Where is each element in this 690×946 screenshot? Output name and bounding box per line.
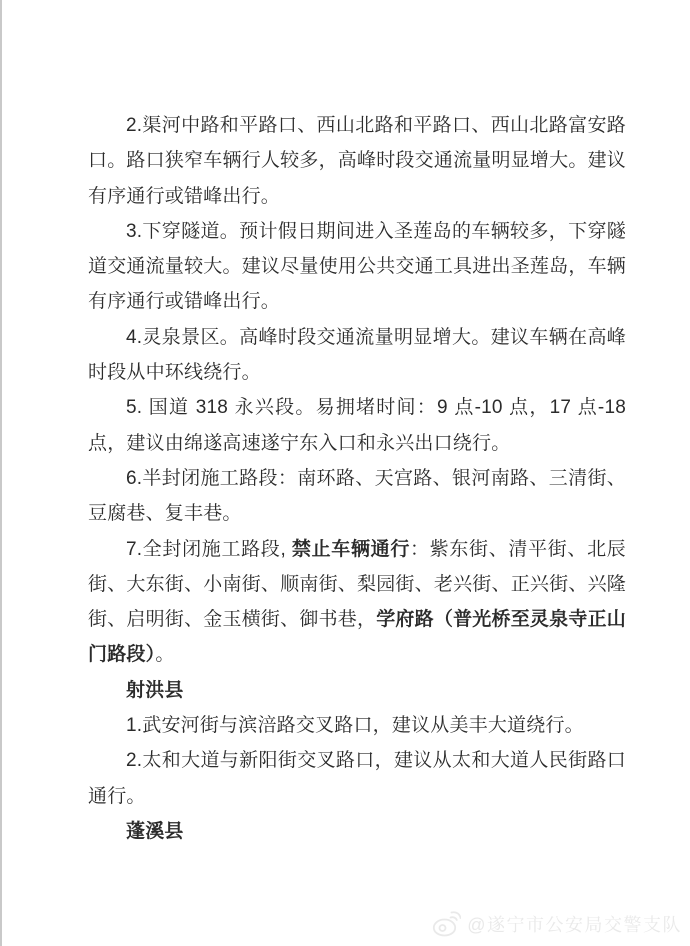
weibo-logo-icon — [431, 909, 461, 939]
text-run: 射洪县 — [126, 680, 184, 701]
watermark-text: @遂宁市公安局交警支队 — [467, 911, 682, 937]
paragraph: 2.渠河中路和平路口、西山北路和平路口、西山北路富安路口。路口狭窄车辆行人较多，… — [88, 108, 626, 214]
text-run: 。 — [155, 644, 174, 665]
paragraph: 7.全封闭施工路段, 禁止车辆通行：紫东街、清平街、北辰街、大东街、小南街、顺南… — [88, 532, 626, 673]
document-body: 2.渠河中路和平路口、西山北路和平路口、西山北路富安路口。路口狭窄车辆行人较多，… — [88, 108, 626, 849]
paragraph: 2.太和大道与新阳街交叉路口，建议从太和大道人民街路口通行。 — [88, 743, 626, 814]
text-run: 3.下穿隧道。预计假日期间进入圣莲岛的车辆较多，下穿隧道交通流量较大。建议尽量使… — [88, 221, 626, 313]
paragraph: 3.下穿隧道。预计假日期间进入圣莲岛的车辆较多，下穿隧道交通流量较大。建议尽量使… — [88, 214, 626, 320]
text-run: 禁止车辆通行 — [292, 539, 410, 560]
section-heading: 蓬溪县 — [88, 814, 626, 849]
text-run: 5. 国道 318 永兴段。易拥堵时间：9 点-10 点，17 点-18 点，建… — [88, 397, 626, 453]
text-run: 7.全封闭施工路段, — [126, 539, 292, 560]
section-heading: 射洪县 — [88, 673, 626, 708]
paragraph: 6.半封闭施工路段：南环路、天宫路、银河南路、三清街、豆腐巷、复丰巷。 — [88, 461, 626, 532]
watermark: @遂宁市公安局交警支队 — [431, 909, 682, 939]
text-run: 2.太和大道与新阳街交叉路口，建议从太和大道人民街路口通行。 — [88, 750, 626, 806]
paragraph: 1.武安河街与滨涪路交叉路口，建议从美丰大道绕行。 — [88, 708, 626, 743]
document-page: 2.渠河中路和平路口、西山北路和平路口、西山北路富安路口。路口狭窄车辆行人较多，… — [0, 0, 690, 946]
text-run: 6.半封闭施工路段：南环路、天宫路、银河南路、三清街、豆腐巷、复丰巷。 — [88, 468, 626, 524]
paragraph: 5. 国道 318 永兴段。易拥堵时间：9 点-10 点，17 点-18 点，建… — [88, 390, 626, 461]
paragraph: 4.灵泉景区。高峰时段交通流量明显增大。建议车辆在高峰时段从中环线绕行。 — [88, 320, 626, 391]
text-run: 4.灵泉景区。高峰时段交通流量明显增大。建议车辆在高峰时段从中环线绕行。 — [88, 327, 626, 383]
text-run: 1.武安河街与滨涪路交叉路口，建议从美丰大道绕行。 — [126, 715, 584, 736]
text-run: 2.渠河中路和平路口、西山北路和平路口、西山北路富安路口。路口狭窄车辆行人较多，… — [88, 115, 626, 207]
text-run: 蓬溪县 — [126, 821, 184, 842]
